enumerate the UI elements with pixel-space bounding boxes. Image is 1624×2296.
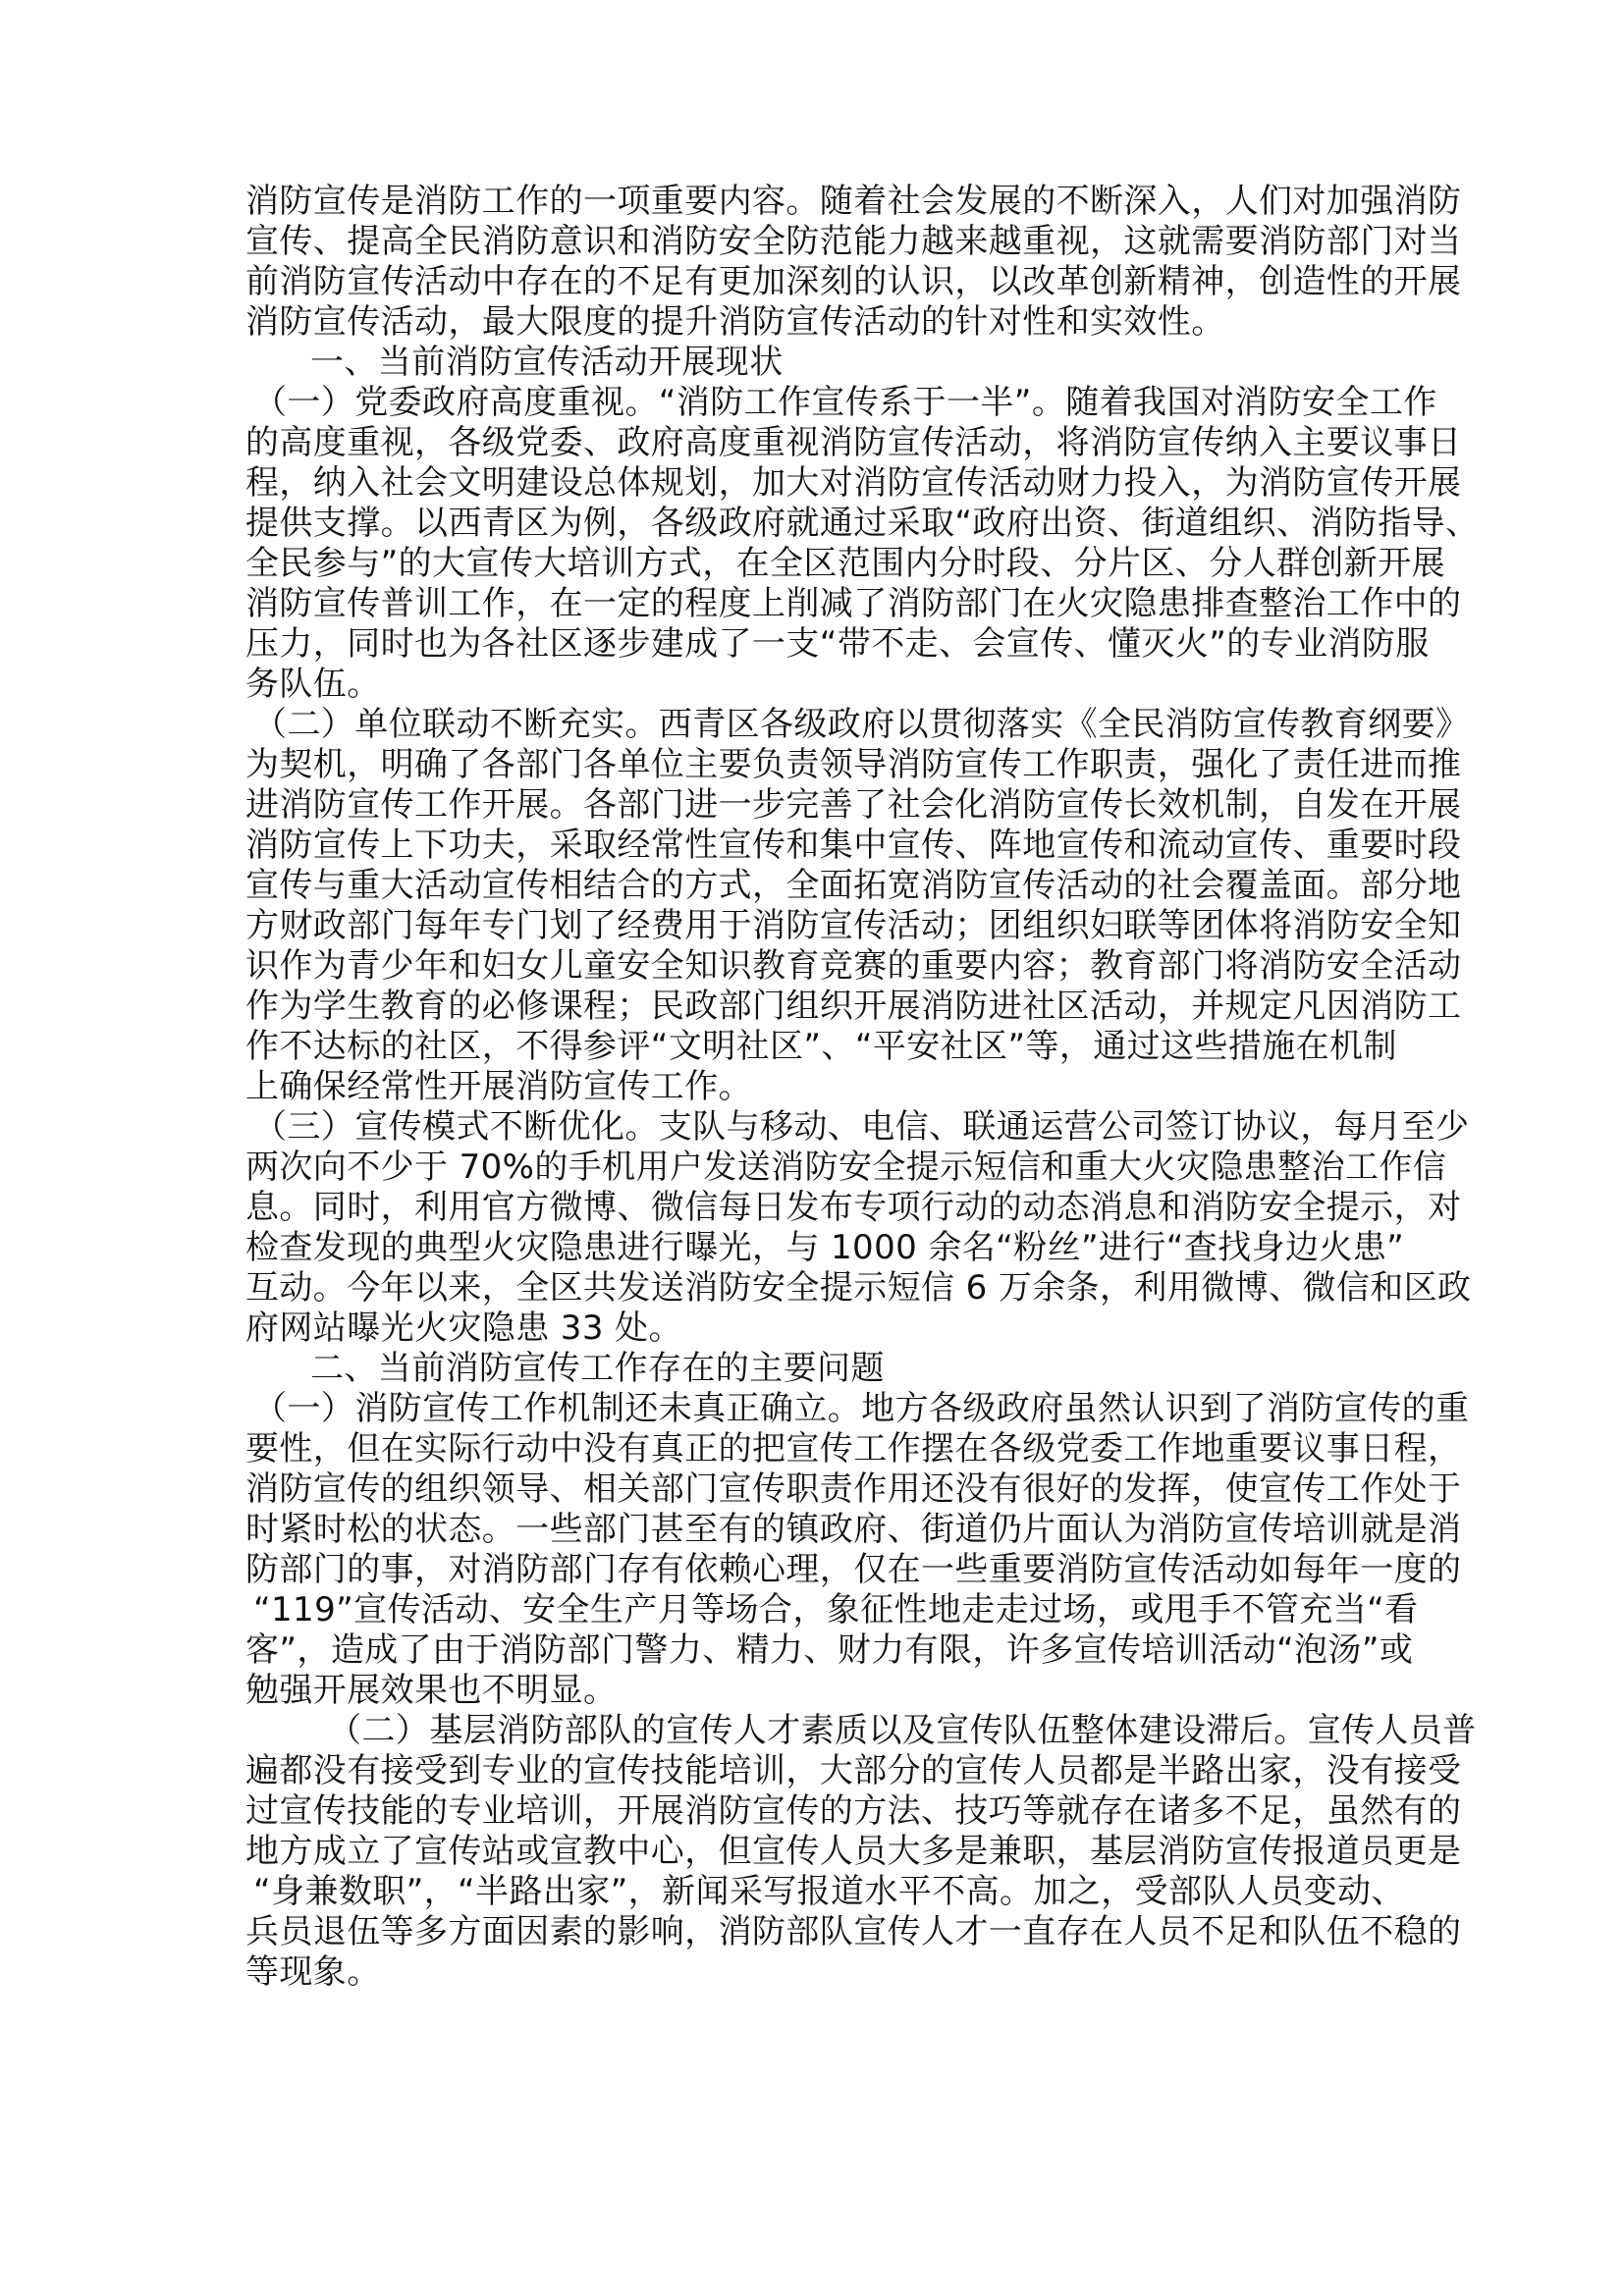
text-line: 勉强开展效果也不明显。 [245,1671,1384,1711]
text-line: 识作为青少年和妇女儿童安全知识教育竞赛的重要内容；教育部门将消防安全活动 [245,946,1384,987]
text-line: 遍都没有接受到专业的宣传技能培训，大部分的宣传人员都是半路出家，没有接受 [245,1751,1384,1791]
text-line: 消防宣传活动，最大限度的提升消防宣传活动的针对性和实效性。 [245,302,1384,343]
text-line: 消防宣传的组织领导、相关部门宣传职责作用还没有很好的发挥，使宣传工作处于 [245,1469,1384,1510]
text-line: 作不达标的社区，不得参评“文明社区”、“平安社区”等，通过这些措施在机制 [245,1027,1384,1067]
text-line: 息。同时，利用官方微博、微信每日发布专项行动的动态消息和消防安全提示，对 [245,1188,1384,1228]
text-line: 程，纳入社会文明建设总体规划，加大对消防宣传活动财力投入，为消防宣传开展 [245,463,1384,504]
text-line: 上确保经常性开展消防宣传工作。 [245,1067,1384,1107]
text-line: 作为学生教育的必修课程；民政部门组织开展消防进社区活动，并规定凡因消防工 [245,987,1384,1027]
text-line: 压力，同时也为各社区逐步建成了一支“带不走、会宣传、懂灭火”的专业消防服 [245,624,1384,665]
text-line: 的高度重视，各级党委、政府高度重视消防宣传活动，将消防宣传纳入主要议事日 [245,423,1384,463]
text-line: 宣传、提高全民消防意识和消防安全防范能力越来越重视，这就需要消防部门对当 [245,222,1384,262]
text-line: 时紧时松的状态。一些部门甚至有的镇政府、街道仍片面认为消防宣传培训就是消 [245,1510,1384,1550]
text-line: （二）基层消防部队的宣传人才素质以及宣传队伍整体建设滞后。宣传人员普 [245,1711,1384,1751]
text-line: 方财政部门每年专门划了经费用于消防宣传活动；团组织妇联等团体将消防安全知 [245,906,1384,946]
text-line: 务队伍。 [245,665,1384,705]
text-line: 消防宣传上下功夫，采取经常性宣传和集中宣传、阵地宣传和流动宣传、重要时段 [245,826,1384,866]
text-line: （一）消防宣传工作机制还未真正确立。地方各级政府虽然认识到了消防宣传的重 [245,1389,1384,1429]
text-line: （三）宣传模式不断优化。支队与移动、电信、联通运营公司签订协议，每月至少 [245,1107,1384,1148]
text-line: “身兼数职”，“半路出家”，新闻采写报道水平不高。加之，受部队人员变动、 [245,1872,1384,1912]
text-line: （二）单位联动不断充实。西青区各级政府以贯彻落实《全民消防宣传教育纲要》 [245,705,1384,745]
text-line: 前消防宣传活动中存在的不足有更加深刻的认识，以改革创新精神，创造性的开展 [245,262,1384,302]
text-line: 地方成立了宣传站或宣教中心，但宣传人员大多是兼职，基层消防宣传报道员更是 [245,1832,1384,1872]
text-line: 消防宣传普训工作，在一定的程度上削减了消防部门在火灾隐患排查整治工作中的 [245,584,1384,624]
text-line: “119”宣传活动、安全生产月等场合，象征性地走走过场，或甩手不管充当“看 [245,1590,1384,1630]
document-page: 消防宣传是消防工作的一项重要内容。随着社会发展的不断深入，人们对加强消防宣传、提… [245,182,1384,1993]
text-line: 宣传与重大活动宣传相结合的方式，全面拓宽消防宣传活动的社会覆盖面。部分地 [245,866,1384,906]
text-line: 防部门的事，对消防部门存有依赖心理，仅在一些重要消防宣传活动如每年一度的 [245,1550,1384,1590]
section-heading: 一、当前消防宣传活动开展现状 [245,343,1384,383]
text-line: 消防宣传是消防工作的一项重要内容。随着社会发展的不断深入，人们对加强消防 [245,182,1384,222]
text-line: 过宣传技能的专业培训，开展消防宣传的方法、技巧等就存在诸多不足，虽然有的 [245,1791,1384,1832]
text-line: 互动。今年以来，全区共发送消防安全提示短信 6 万余条，利用微博、微信和区政 [245,1268,1384,1308]
section-heading: 二、当前消防宣传工作存在的主要问题 [245,1349,1384,1389]
text-line: 两次向不少于 70%的手机用户发送消防安全提示短信和重大火灾隐患整治工作信 [245,1148,1384,1188]
text-line: 客”，造成了由于消防部门警力、精力、财力有限，许多宣传培训活动“泡汤”或 [245,1630,1384,1671]
text-line: 全民参与”的大宣传大培训方式，在全区范围内分时段、分片区、分人群创新开展 [245,544,1384,584]
text-line: 兵员退伍等多方面因素的影响，消防部队宣传人才一直存在人员不足和队伍不稳的 [245,1912,1384,1952]
text-line: 检查发现的典型火灾隐患进行曝光，与 1000 余名“粉丝”进行“查找身边火患” [245,1228,1384,1268]
text-line: 府网站曝光火灾隐患 33 处。 [245,1308,1384,1349]
text-line: 要性，但在实际行动中没有真正的把宣传工作摆在各级党委工作地重要议事日程， [245,1429,1384,1469]
text-line: 进消防宣传工作开展。各部门进一步完善了社会化消防宣传长效机制，自发在开展 [245,785,1384,826]
text-line: 为契机，明确了各部门各单位主要负责领导消防宣传工作职责，强化了责任进而推 [245,745,1384,785]
text-line: （一）党委政府高度重视。“消防工作宣传系于一半”。随着我国对消防安全工作 [245,383,1384,423]
text-line: 等现象。 [245,1952,1384,1993]
text-line: 提供支撑。以西青区为例，各级政府就通过采取“政府出资、街道组织、消防指导、 [245,504,1384,544]
